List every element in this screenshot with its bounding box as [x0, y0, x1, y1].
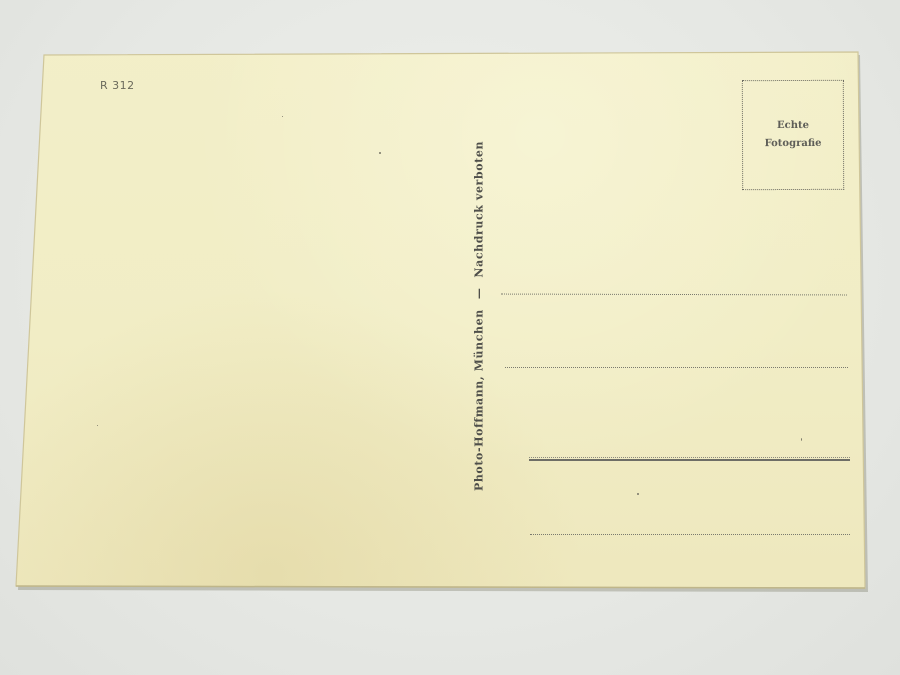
- address-line-4: [530, 534, 850, 535]
- paper-speck: [379, 152, 381, 154]
- address-line-3: [529, 459, 850, 461]
- stamp-box-line1: Echte: [777, 117, 809, 135]
- paper-speck: [97, 425, 98, 426]
- imprint-separator: —: [473, 288, 486, 300]
- publisher-imprint: Photo-Hoffmann, München—Nachdruck verbot…: [473, 141, 486, 491]
- publisher-name: Photo-Hoffmann, München: [473, 309, 486, 491]
- stamp-box-line2: Fotografie: [765, 135, 822, 153]
- address-line-2: [505, 367, 848, 368]
- paper-speck: [282, 116, 283, 117]
- paper-speck: [801, 438, 802, 441]
- series-code: R 312: [100, 79, 135, 92]
- copyright-notice: Nachdruck verboten: [473, 141, 486, 278]
- stamp-box: Echte Fotografie: [742, 80, 844, 190]
- paper-speck: [637, 493, 639, 495]
